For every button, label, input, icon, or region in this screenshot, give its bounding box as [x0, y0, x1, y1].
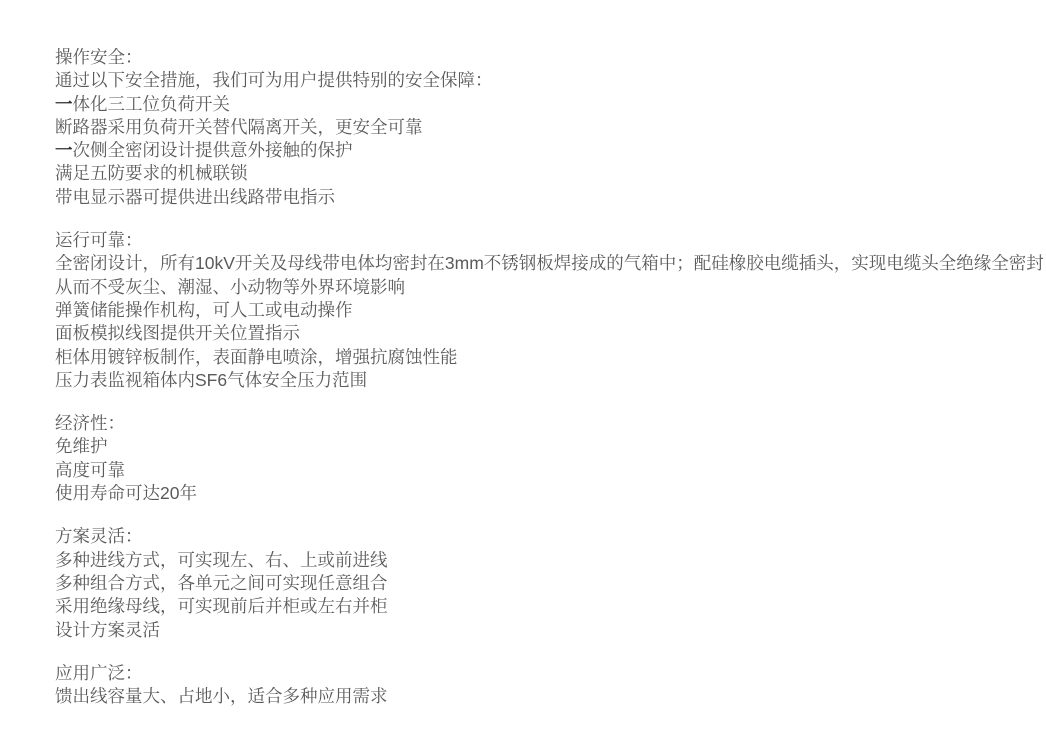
section-3: 经济性：免维护高度可靠使用寿命可达20年 — [55, 412, 1046, 505]
document-body: 操作安全：通过以下安全措施，我们可为用户提供特别的安全保障：一体化三工位负荷开关… — [0, 0, 1046, 708]
text-line: 多种组合方式，各单元之间可实现任意组合 — [55, 572, 1046, 595]
text-line: 使用寿命可达20年 — [55, 482, 1046, 505]
text-line: 馈出线容量大、占地小，适合多种应用需求 — [55, 685, 1046, 708]
section-title: 方案灵活： — [55, 525, 1046, 548]
section-title: 应用广泛： — [55, 662, 1046, 685]
text-line: 带电显示器可提供进出线路带电指示 — [55, 186, 1046, 209]
text-line: 多种进线方式，可实现左、右、上或前进线 — [55, 549, 1046, 572]
text-line: 压力表监视箱体内SF6气体安全压力范围 — [55, 369, 1046, 392]
section-5: 应用广泛：馈出线容量大、占地小，适合多种应用需求 — [55, 662, 1046, 709]
section-1: 操作安全：通过以下安全措施，我们可为用户提供特别的安全保障：一体化三工位负荷开关… — [55, 46, 1046, 209]
bold-dash-lead: 一 — [55, 140, 73, 160]
section-2: 运行可靠：全密闭设计，所有10kV开关及母线带电体均密封在3mm不锈钢板焊接成的… — [55, 229, 1046, 392]
text-line: 满足五防要求的机械联锁 — [55, 162, 1046, 185]
line-text: 次侧全密闭设计提供意外接触的保护 — [73, 140, 353, 160]
text-line: 柜体用镀锌板制作，表面静电喷涂，增强抗腐蚀性能 — [55, 346, 1046, 369]
text-line: 采用绝缘母线，可实现前后并柜或左右并柜 — [55, 595, 1046, 618]
section-title: 经济性： — [55, 412, 1046, 435]
text-line: 弹簧储能操作机构，可人工或电动操作 — [55, 299, 1046, 322]
text-line: 设计方案灵活 — [55, 619, 1046, 642]
section-4: 方案灵活：多种进线方式，可实现左、右、上或前进线多种组合方式，各单元之间可实现任… — [55, 525, 1046, 641]
text-line: 高度可靠 — [55, 459, 1046, 482]
text-line: 一体化三工位负荷开关 — [55, 93, 1046, 116]
text-line: 免维护 — [55, 435, 1046, 458]
text-line: 全密闭设计，所有10kV开关及母线带电体均密封在3mm不锈钢板焊接成的气箱中；配… — [55, 252, 1046, 275]
text-line: 一次侧全密闭设计提供意外接触的保护 — [55, 139, 1046, 162]
text-line: 断路器采用负荷开关替代隔离开关，更安全可靠 — [55, 116, 1046, 139]
bold-dash-lead: 一 — [55, 94, 73, 114]
line-text: 体化三工位负荷开关 — [73, 94, 231, 114]
text-line: 从而不受灰尘、潮湿、小动物等外界环境影响 — [55, 276, 1046, 299]
section-title: 操作安全： — [55, 46, 1046, 69]
text-line: 通过以下安全措施，我们可为用户提供特别的安全保障： — [55, 69, 1046, 92]
text-line: 面板模拟线图提供开关位置指示 — [55, 322, 1046, 345]
section-title: 运行可靠： — [55, 229, 1046, 252]
